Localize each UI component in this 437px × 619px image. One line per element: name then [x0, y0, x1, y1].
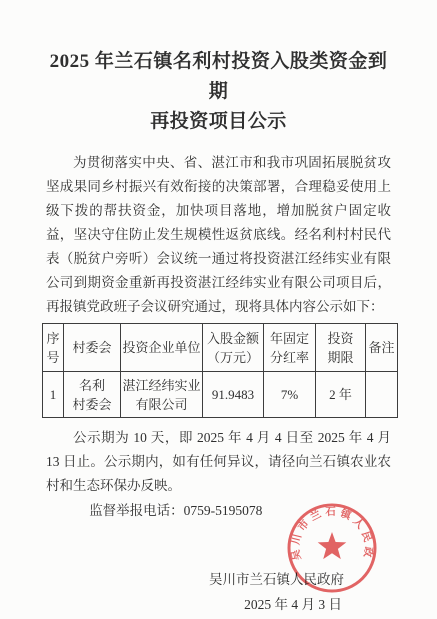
supervision-hotline: 监督举报电话：0759-5195078: [89, 499, 391, 523]
cell-serial-number: 1: [43, 372, 64, 418]
investment-table: 序 号 村委会 投资企业单位 入股金额 （万元） 年固定 分红率 投资 期限 备…: [42, 323, 398, 418]
cell-investment-company: 湛江经纬实业 有限公司: [121, 372, 203, 418]
cell-share-amount: 91.9483: [203, 372, 264, 418]
header-serial-number: 序 号: [43, 324, 64, 372]
cell-remarks: [366, 372, 398, 418]
header-village-committee: 村委会: [64, 324, 121, 372]
cell-investment-term: 2 年: [316, 372, 366, 418]
intro-paragraph: 为贯彻落实中央、省、湛江市和我市巩固拓展脱贫攻坚成果同乡村振兴有效衔接的决策部署…: [46, 151, 391, 319]
header-investment-company: 投资企业单位: [121, 324, 203, 372]
header-fixed-dividend-rate: 年固定 分红率: [264, 324, 316, 372]
header-remarks: 备注: [366, 324, 398, 372]
notice-document: 2025 年兰石镇名利村投资入股类资金到期 再投资项目公示 为贯彻落实中央、省、…: [0, 0, 437, 619]
document-page: { "page": { "background": "#fcfcfb", "te…: [0, 0, 437, 619]
page-title: 2025 年兰石镇名利村投资入股类资金到期 再投资项目公示: [46, 47, 391, 137]
issuer-name: 吴川市兰石镇人民政府: [46, 567, 344, 592]
page-title-line-2: 再投资项目公示: [46, 107, 391, 137]
table-header-row: 序 号 村委会 投资企业单位 入股金额 （万元） 年固定 分红率 投资 期限 备…: [43, 324, 398, 372]
table-row: 1 名利 村委会 湛江经纬实业 有限公司 91.9483 7% 2 年: [43, 372, 398, 418]
page-title-line-1: 2025 年兰石镇名利村投资入股类资金到期: [46, 47, 391, 107]
signature-block: 吴川市兰石镇人民政府 2025 年 4 月 3 日: [46, 567, 391, 617]
cell-fixed-dividend-rate: 7%: [264, 372, 316, 418]
header-investment-term: 投资 期限: [316, 324, 366, 372]
issue-date: 2025 年 4 月 3 日: [46, 592, 344, 617]
publicity-period-paragraph: 公示期为 10 天，即 2025 年 4 月 4 日至 2025 年 4 月 1…: [46, 426, 391, 498]
cell-village-committee: 名利 村委会: [64, 372, 121, 418]
header-share-amount: 入股金额 （万元）: [203, 324, 264, 372]
